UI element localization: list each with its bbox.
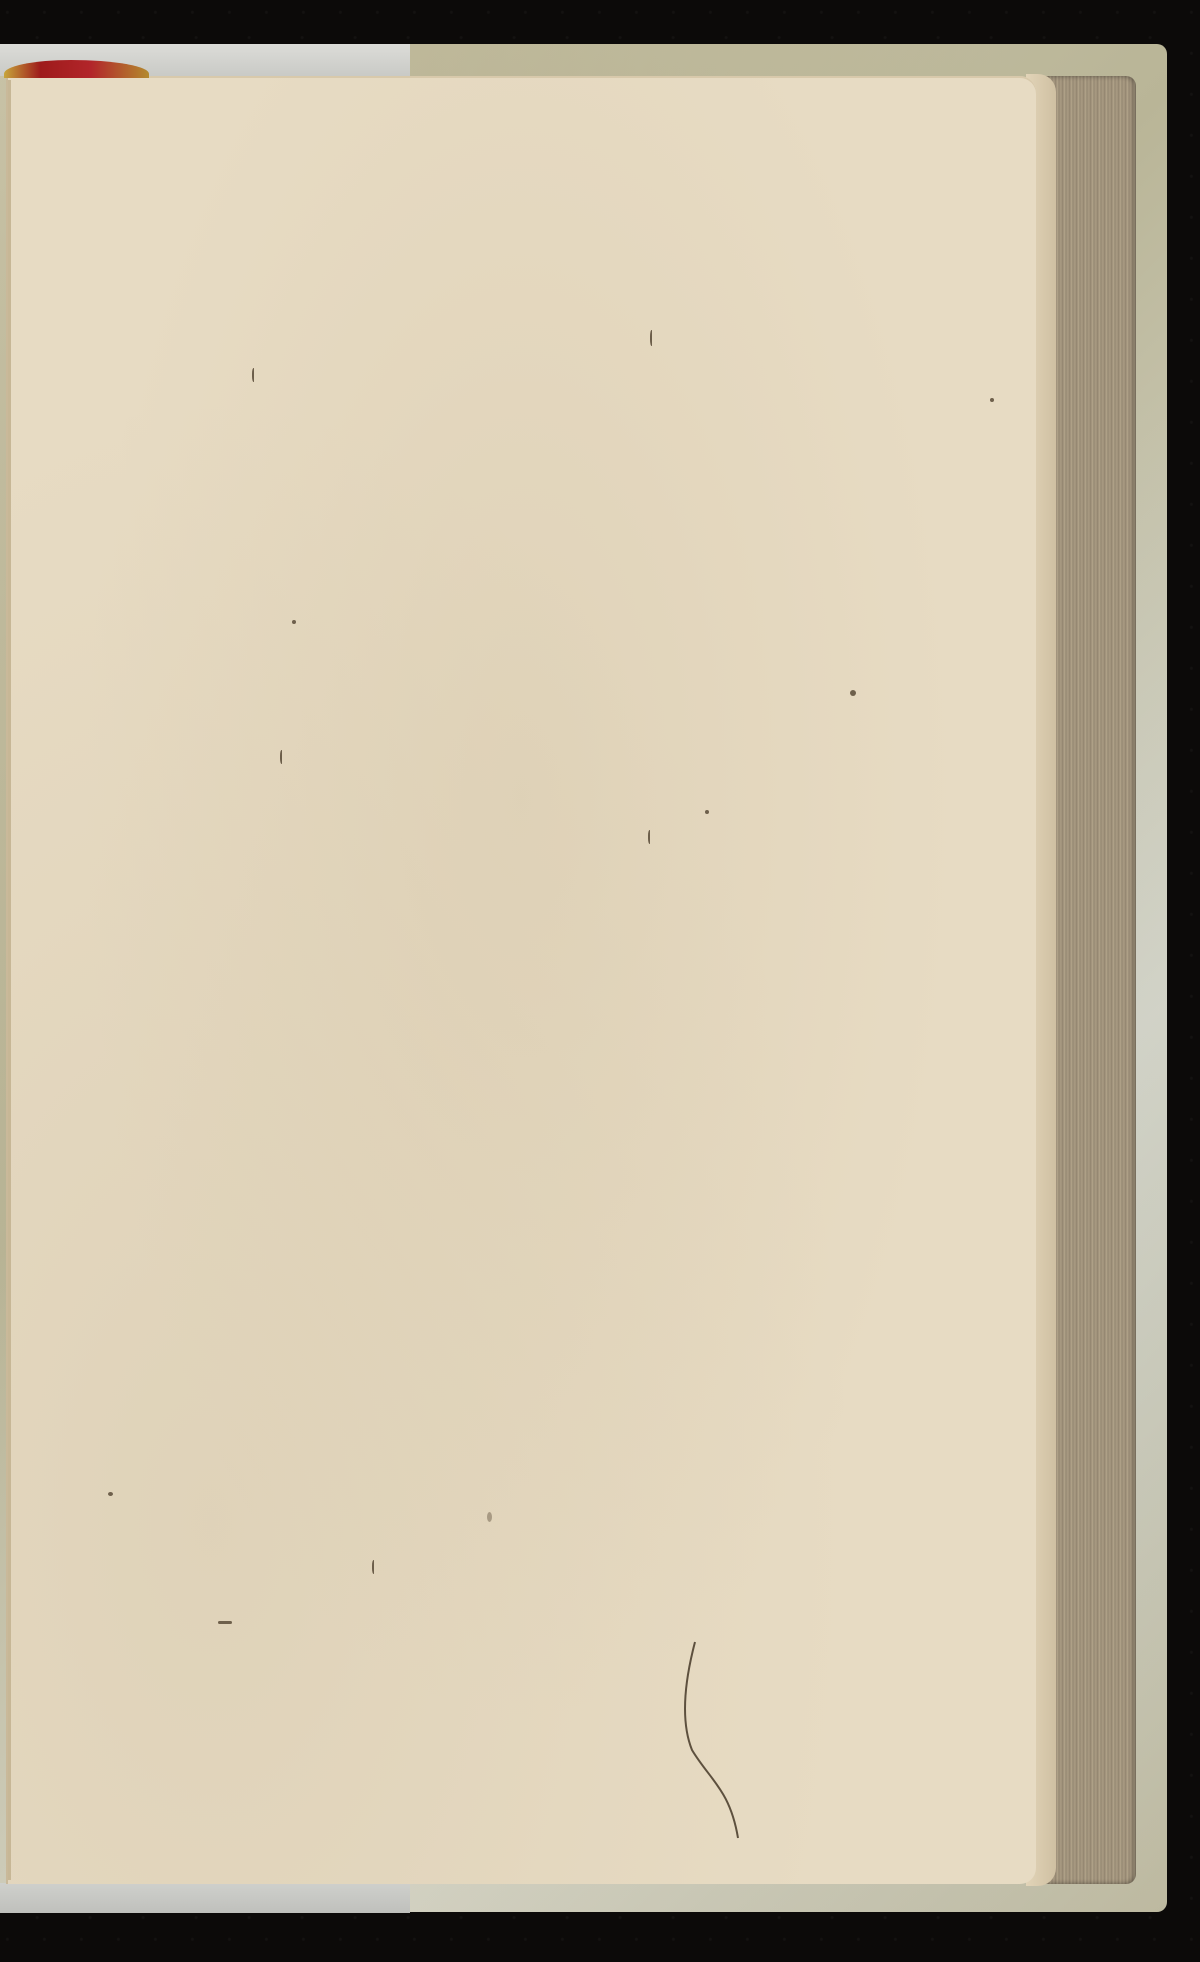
paper-hair bbox=[280, 750, 284, 764]
paper-hair bbox=[252, 368, 256, 382]
paper-fleck bbox=[990, 398, 994, 402]
paper-hair bbox=[648, 830, 652, 844]
paper-fleck bbox=[218, 1621, 232, 1624]
paper-fleck bbox=[850, 690, 856, 696]
blank-book-page bbox=[6, 76, 1036, 1884]
cover-pastedown-strip-bottom bbox=[0, 1883, 410, 1913]
gutter-edge bbox=[8, 80, 11, 1880]
paper-fleck bbox=[292, 620, 296, 624]
paper-fleck bbox=[705, 810, 709, 814]
paper-hair bbox=[372, 1560, 376, 1574]
stray-fibre bbox=[680, 1640, 760, 1840]
paper-fleck bbox=[487, 1512, 492, 1522]
paper-fleck bbox=[108, 1492, 113, 1496]
paper-hair bbox=[650, 330, 654, 346]
